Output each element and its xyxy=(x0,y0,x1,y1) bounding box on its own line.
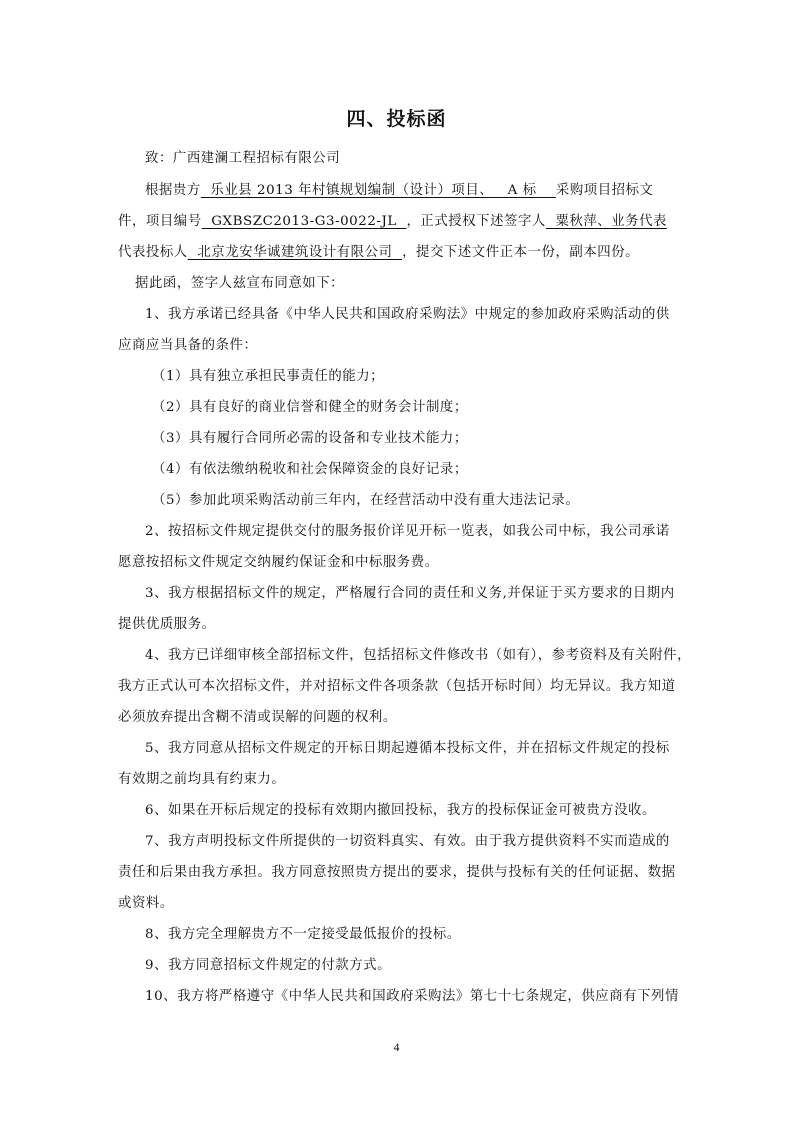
item-1-line-2: 应商应当具备的条件： xyxy=(118,337,676,355)
item-4-line-1: 4、我方已详细审核全部招标文件，包括招标文件修改书（如有），参考资料及有关附件， xyxy=(145,647,676,665)
item-1-line-1: 1、我方承诺已经具备《中华人民共和国政府采购法》中规定的参加政府采购活动的供 xyxy=(145,306,676,324)
condition-2: （2）具有良好的商业信誉和健全的财务会计制度； xyxy=(152,399,710,417)
item-3-line-2: 提供优质服务。 xyxy=(118,616,676,634)
page-number: 4 xyxy=(0,1040,793,1055)
item-4-line-3: 必须放弃提出含糊不清或误解的问题的权利。 xyxy=(118,709,676,727)
item-7-line-1: 7、我方声明投标文件所提供的一切资料真实、有效。由于我方提供资料不实而造成的 xyxy=(145,833,676,851)
item-5-line-1: 5、我方同意从招标文件规定的开标日期起遵循本投标文件，并在招标文件规定的投标 xyxy=(145,740,676,758)
intro-line-3: 代表投标人 北京龙安华诚建筑设计有限公司 ，提交下述文件正本一份，副本四份。 xyxy=(118,244,676,262)
item-4-line-2: 我方正式认可本次招标文件，并对招标文件各项条款（包括开标时间）均无异议。我方知道 xyxy=(118,678,676,696)
addressee: 致：广西建澜工程招标有限公司 xyxy=(145,150,703,168)
bidder-company-field: 北京龙安华诚建筑设计有限公司 xyxy=(188,245,402,260)
declaration: 据此函，签字人兹宣布同意如下： xyxy=(135,275,666,293)
condition-4: （4）有依法缴纳税收和社会保障资金的良好记录； xyxy=(152,461,710,479)
item-7-line-3: 或资料。 xyxy=(118,895,676,913)
item-9-line-1: 9、我方同意招标文件规定的付款方式。 xyxy=(145,957,676,975)
signer-field: 粟秋萍、业务代表 xyxy=(546,214,667,229)
project-name-field: 乐业县 2013 年村镇规划编制（设计）项目、 A 标 xyxy=(201,183,556,198)
condition-5: （5）参加此项采购活动前三年内，在经营活动中没有重大违法记录。 xyxy=(152,492,710,510)
item-2-line-1: 2、按招标文件规定提供交付的服务报价详见开标一览表，如我公司中标，我公司承诺 xyxy=(145,523,676,541)
item-2-line-2: 愿意按招标文件规定交纳履约保证金和中标服务费。 xyxy=(118,554,676,572)
condition-1: （1）具有独立承担民事责任的能力； xyxy=(152,368,710,386)
item-10-line-1: 10、我方将严格遵守《中华人民共和国政府采购法》第七十七条规定，供应商有下列情 xyxy=(145,988,676,1006)
project-code-field: GXBSZC2013-G3-0022-JL xyxy=(202,214,407,229)
item-7-line-2: 责任和后果由我方承担。我方同意按照贵方提出的要求，提供与投标有关的任何证据、数据 xyxy=(118,864,676,882)
document-page: 四、投标函 致：广西建澜工程招标有限公司 根据贵方 乐业县 2013 年村镇规划… xyxy=(0,0,793,1122)
condition-3: （3）具有履行合同所必需的设备和专业技术能力； xyxy=(152,430,710,448)
item-6-line-1: 6、如果在开标后规定的投标有效期内撤回投标，我方的投标保证金可被贵方没收。 xyxy=(145,802,676,820)
intro-line-1: 根据贵方 乐业县 2013 年村镇规划编制（设计）项目、 A 标 采购项目招标文 xyxy=(145,182,676,200)
page-title: 四、投标函 xyxy=(0,104,793,131)
item-8-line-1: 8、我方完全理解贵方不一定接受最低报价的投标。 xyxy=(145,926,676,944)
item-3-line-1: 3、我方根据招标文件的规定，严格履行合同的责任和义务,并保证于买方要求的日期内 xyxy=(145,585,676,603)
intro-line-2: 件，项目编号 GXBSZC2013-G3-0022-JL ，正式授权下述签字人 … xyxy=(118,213,676,231)
item-5-line-2: 有效期之前均具有约束力。 xyxy=(118,771,676,789)
